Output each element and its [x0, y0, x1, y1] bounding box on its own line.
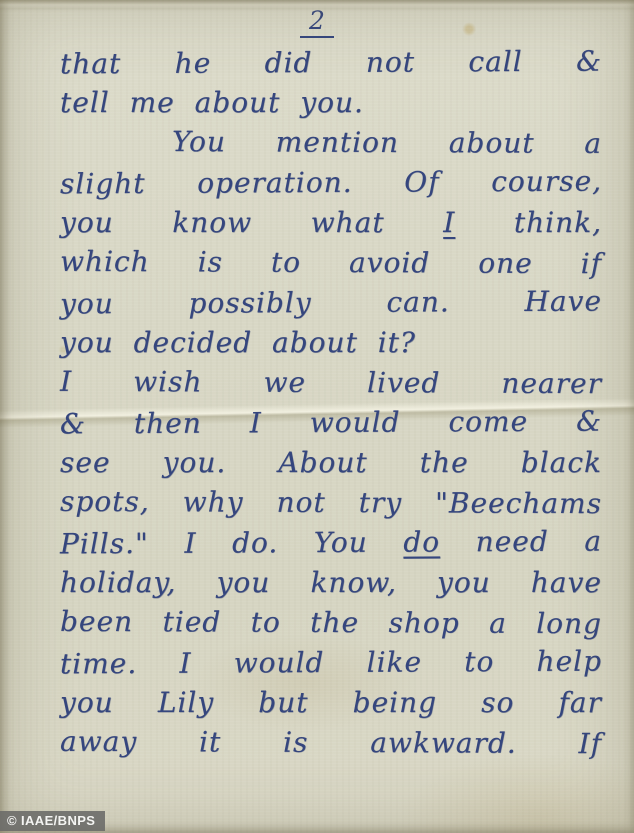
- line-segment: You mention about a: [172, 125, 602, 160]
- letter-line: which is to avoid one if: [60, 242, 602, 284]
- letter-photo: 2 that he did not call &tell me about yo…: [0, 0, 634, 833]
- letter-line: that he did not call &: [60, 42, 602, 85]
- underlined-word: do: [403, 525, 440, 558]
- line-segment: holiday, you know, you have: [60, 566, 602, 599]
- letter-line: you possibly can. Have: [60, 282, 602, 325]
- line-segment: time. I would like to help: [60, 645, 602, 681]
- letter-line: see you. About the black: [60, 443, 602, 483]
- line-segment: away it is awkward. If: [60, 725, 602, 760]
- letter-line: spots, why not try "Beechams: [60, 482, 602, 524]
- line-segment: you know what: [60, 206, 443, 239]
- line-segment: slight operation. Of course,: [60, 165, 602, 201]
- line-segment: that he did not call &: [60, 45, 602, 81]
- line-segment: & then I would come &: [60, 405, 602, 441]
- letter-line: You mention about a: [172, 122, 602, 164]
- line-segment: tell me about you.: [60, 86, 364, 119]
- letter-line: time. I would like to help: [60, 642, 602, 685]
- letter-line: you decided about it?: [60, 323, 602, 363]
- underlined-word: I: [443, 206, 455, 239]
- line-segment: you Lily but being so far: [60, 686, 602, 719]
- line-segment: need a: [440, 525, 602, 559]
- letter-line: & then I would come &: [60, 402, 602, 445]
- letter-line: holiday, you know, you have: [60, 563, 602, 603]
- letter-line: I wish we lived nearer: [60, 362, 602, 404]
- line-segment: think,: [455, 206, 602, 239]
- letter-body: that he did not call &tell me about you.…: [60, 43, 602, 763]
- line-segment: see you. About the black: [60, 446, 602, 479]
- letter-line: away it is awkward. If: [60, 722, 602, 764]
- line-segment: you decided about it?: [60, 326, 416, 359]
- line-segment: spots, why not try "Beechams: [60, 485, 602, 520]
- line-segment: Pills." I do. You: [60, 526, 403, 561]
- letter-line: you know what I think,: [60, 203, 602, 243]
- line-segment: I wish we lived nearer: [60, 365, 602, 400]
- letter-line: you Lily but being so far: [60, 683, 602, 723]
- letter-line: slight operation. Of course,: [60, 162, 602, 205]
- watermark-credit: © IAAE/BNPS: [0, 811, 105, 831]
- letter-line: tell me about you.: [60, 83, 602, 123]
- page-number-value: 2: [300, 6, 334, 38]
- line-segment: been tied to the shop a long: [60, 605, 602, 640]
- letter-line: Pills." I do. You do need a: [60, 522, 602, 565]
- letter-line: been tied to the shop a long: [60, 602, 602, 644]
- line-segment: you possibly can. Have: [60, 285, 602, 321]
- line-segment: which is to avoid one if: [60, 245, 602, 280]
- page-number: 2: [0, 6, 634, 38]
